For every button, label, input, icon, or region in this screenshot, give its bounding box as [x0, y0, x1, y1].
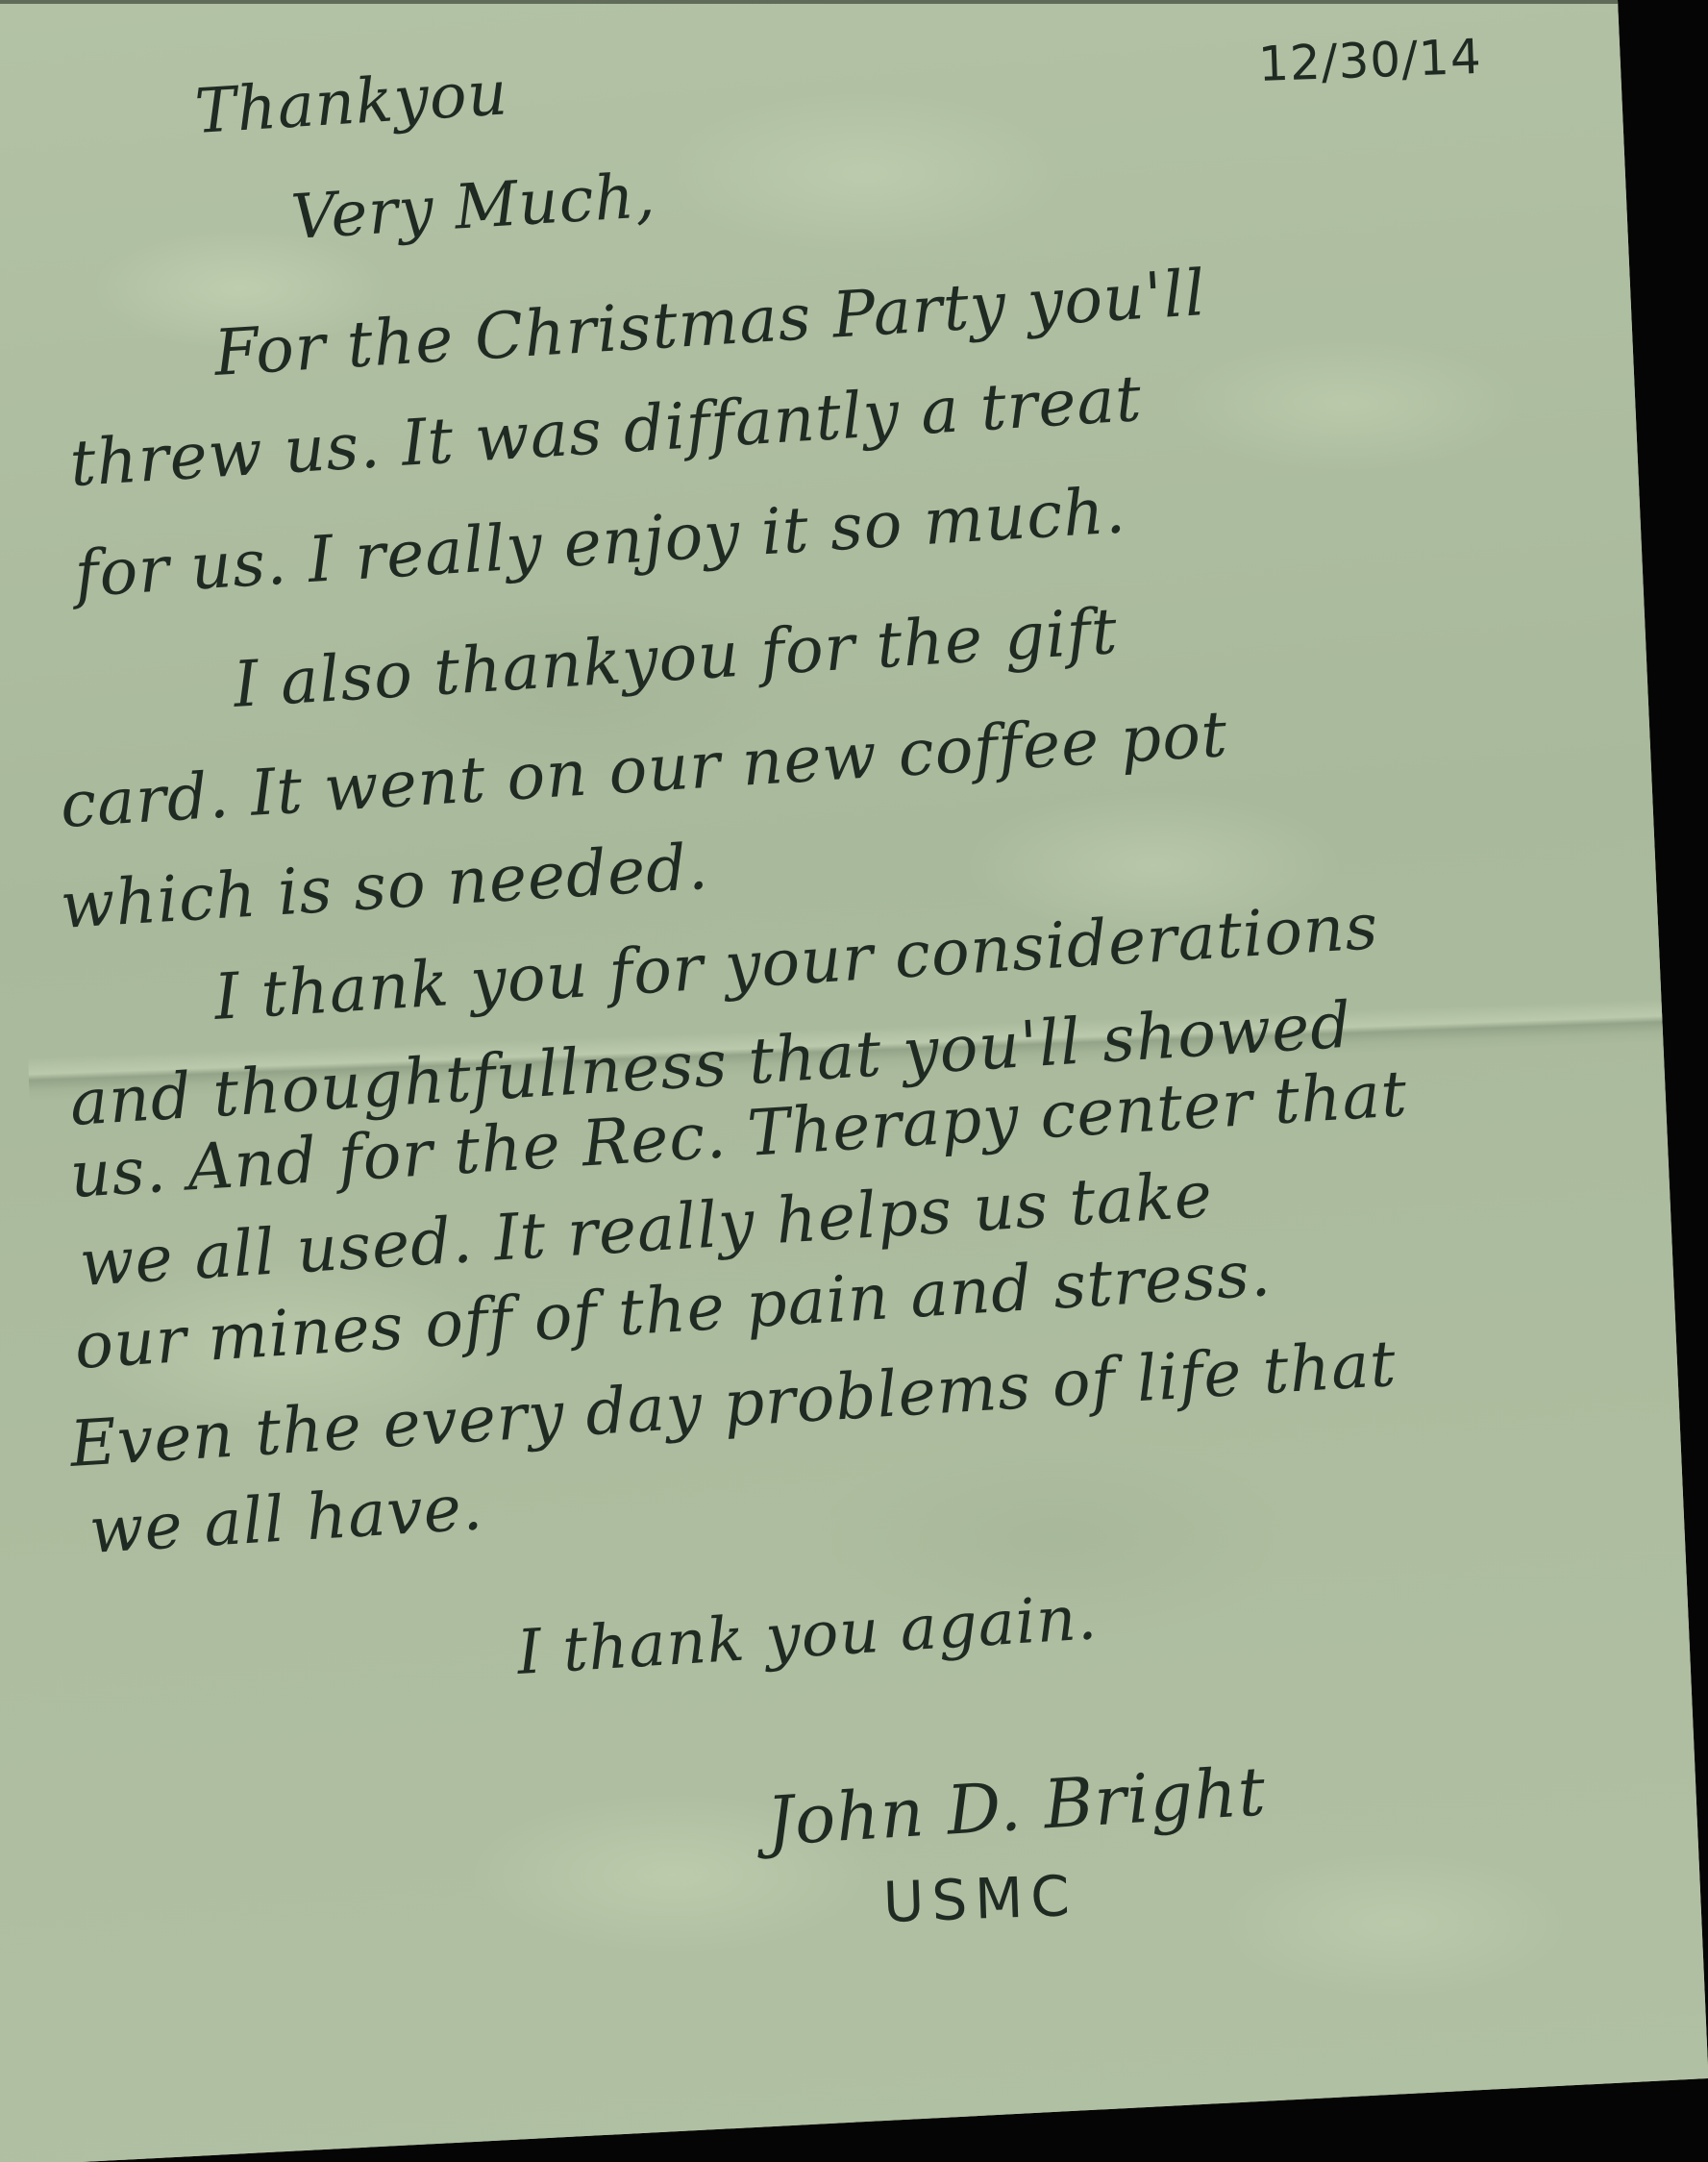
salutation-line-1: Thankyou	[193, 62, 509, 143]
letter-paper: 12/30/14 Thankyou Very Much, For the Chr…	[0, 0, 1708, 2162]
body-line-4: I also thankyou for the gift	[232, 600, 1120, 717]
body-line-3: for us. I really enjoy it so much.	[73, 479, 1127, 607]
signature-name: John D. Bright	[765, 1757, 1268, 1855]
body-line-6: which is so needed.	[59, 835, 710, 938]
salutation-line-2: Very Much,	[289, 165, 657, 249]
signature-rank: USMC	[882, 1868, 1078, 1930]
body-line-13: we all have.	[87, 1476, 485, 1563]
body-line-5: card. It went on our new coffee pot	[59, 703, 1229, 837]
paper-top-edge	[0, 0, 1618, 4]
closing-line: I thank you again.	[515, 1587, 1099, 1684]
letter-date: 12/30/14	[1257, 33, 1482, 88]
